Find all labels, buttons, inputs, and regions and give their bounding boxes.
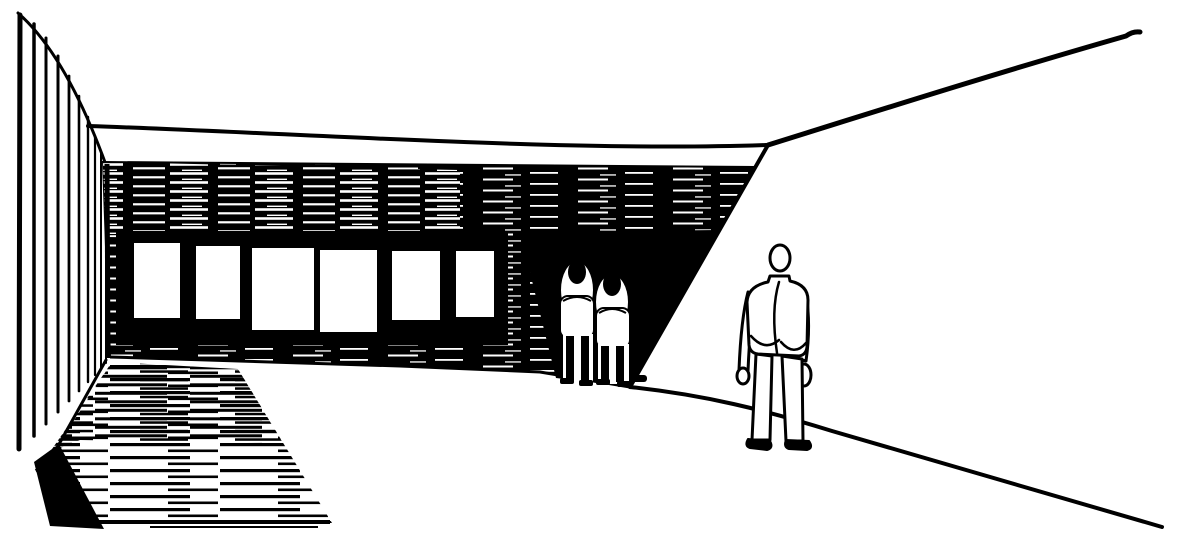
figure-torso xyxy=(596,308,630,348)
figure-foot xyxy=(630,375,647,382)
figure-foot xyxy=(617,381,632,387)
figure-head xyxy=(770,245,790,271)
wall-board xyxy=(19,15,20,449)
figure-foot xyxy=(596,379,610,385)
figure-leg xyxy=(581,336,589,382)
shaded-band-streaks xyxy=(103,162,460,242)
figure-torso xyxy=(560,296,594,338)
window-pane xyxy=(196,246,240,319)
figure-foot xyxy=(560,378,574,384)
figure-shoe-left xyxy=(746,439,771,450)
figure-leg-right xyxy=(782,356,803,441)
figure-hand-left xyxy=(737,368,749,384)
figure-head xyxy=(603,272,621,296)
window-pane xyxy=(456,251,494,317)
figure-leg xyxy=(601,346,609,380)
figure-shoe-right xyxy=(785,440,811,450)
window-pane xyxy=(392,251,440,320)
sketch-sheet xyxy=(0,0,1200,550)
figure-head xyxy=(568,260,586,284)
figure-leg xyxy=(566,336,574,380)
wall-corner-edge xyxy=(107,164,108,358)
figure-foot xyxy=(579,380,593,386)
figure-leg-left xyxy=(752,354,772,440)
perspective-sketch xyxy=(0,0,1200,550)
window-pane xyxy=(134,243,180,318)
window-pane xyxy=(252,248,314,330)
figure-leg xyxy=(616,346,624,382)
small-figure-left xyxy=(560,260,594,386)
window-pane xyxy=(320,250,377,332)
